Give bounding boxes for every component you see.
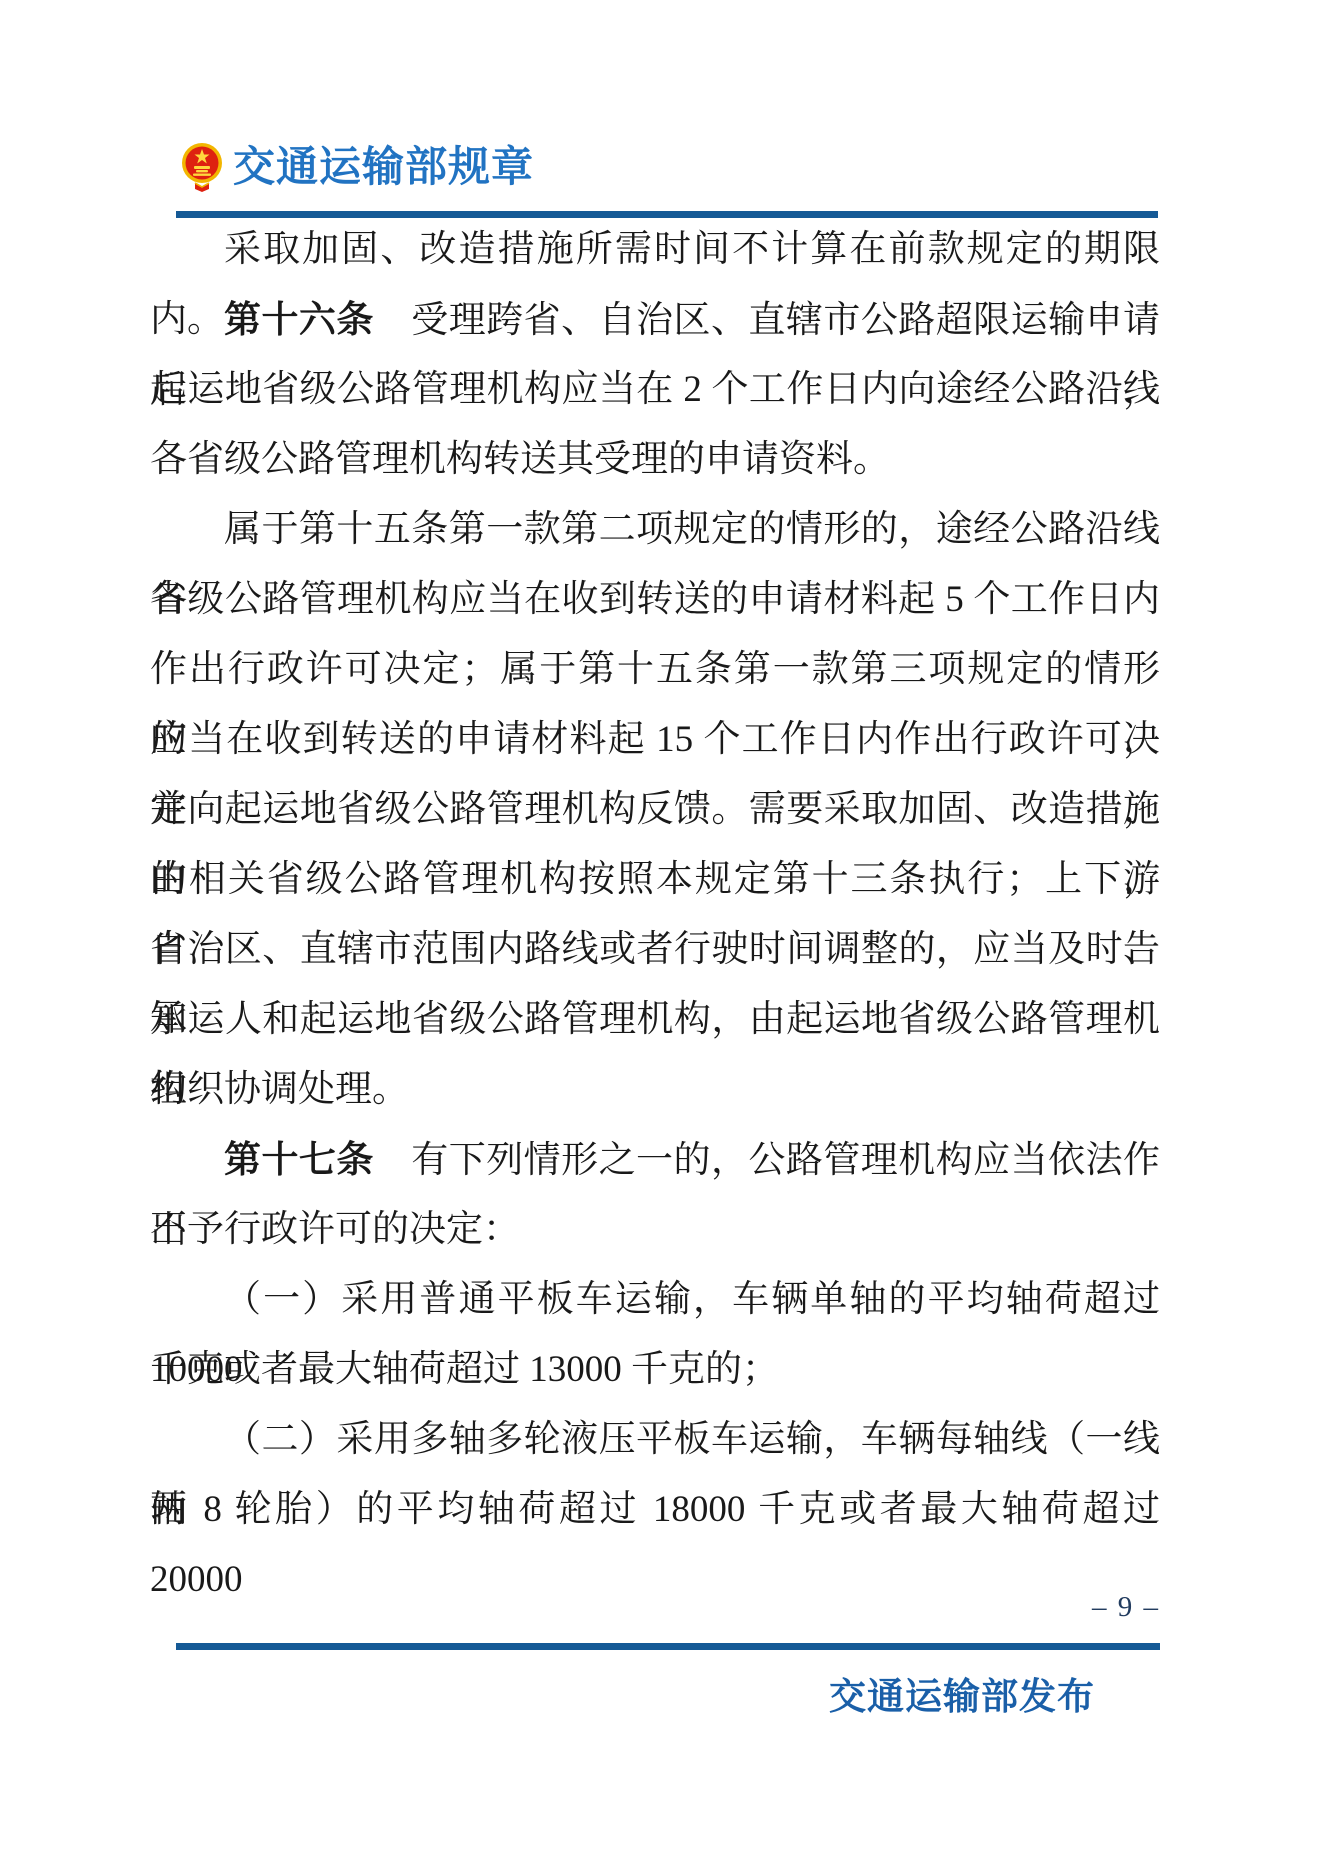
body-text: 采取加固、改造措施所需时间不计算在前款规定的期限内。第十六条 受理跨省、自治区、…	[150, 215, 1160, 1545]
body-line: 省级公路管理机构应当在收到转送的申请材料起 5 个工作日内	[150, 565, 1160, 635]
body-line: （一）采用普通平板车运输，车辆单轴的平均轴荷超过10000	[150, 1265, 1160, 1335]
body-line: 不予行政许可的决定：	[150, 1195, 1160, 1265]
body-line-text: 省级公路管理机构应当在收到转送的申请材料起 5 个工作日内	[150, 579, 1160, 620]
body-line: 起运地省级公路管理机构应当在 2 个工作日内向途经公路沿线	[150, 355, 1160, 425]
body-line: 第十七条 有下列情形之一的，公路管理机构应当依法作出	[150, 1125, 1160, 1195]
body-line: 组织协调处理。	[150, 1055, 1160, 1125]
page-header-title: 交通运输部规章	[233, 143, 534, 193]
article-number: 第十七条	[224, 1139, 374, 1180]
document-page: 交通运输部规章 采取加固、改造措施所需时间不计算在前款规定的期限内。第十六条 受…	[0, 0, 1323, 1871]
body-line: 各省级公路管理机构转送其受理的申请资料。	[150, 425, 1160, 495]
body-line: 承运人和起运地省级公路管理机构，由起运地省级公路管理机构	[150, 985, 1160, 1055]
body-line-text: 起运地省级公路管理机构应当在 2 个工作日内向途经公路沿线	[150, 369, 1160, 410]
body-line: 千克或者最大轴荷超过 13000 千克的；	[150, 1335, 1160, 1405]
body-line-text: 组织协调处理。	[150, 1069, 409, 1110]
body-line: 应当在收到转送的申请材料起 15 个工作日内作出行政许可决定，	[150, 705, 1160, 775]
body-line: 轴 8 轮胎）的平均轴荷超过 18000 千克或者最大轴荷超过 20000	[150, 1475, 1160, 1545]
body-line: 第十六条 受理跨省、自治区、直辖市公路超限运输申请后，	[150, 285, 1160, 355]
body-line-text: 各省级公路管理机构转送其受理的申请资料。	[150, 439, 890, 480]
body-line: 由相关省级公路管理机构按照本规定第十三条执行；上下游省、	[150, 845, 1160, 915]
body-line: 属于第十五条第一款第二项规定的情形的，途经公路沿线各	[150, 495, 1160, 565]
body-line: 自治区、直辖市范围内路线或者行驶时间调整的，应当及时告知	[150, 915, 1160, 985]
body-line-text: 轴 8 轮胎）的平均轴荷超过 18000 千克或者最大轴荷超过 20000	[150, 1489, 1160, 1600]
article-number: 第十六条	[224, 299, 374, 340]
body-line-text: 千克或者最大轴荷超过 13000 千克的；	[150, 1349, 779, 1390]
body-line: 作出行政许可决定；属于第十五条第一款第三项规定的情形的，	[150, 635, 1160, 705]
national-emblem-icon	[181, 140, 223, 192]
footer-rule	[176, 1643, 1160, 1650]
body-line-text: 不予行政许可的决定：	[150, 1209, 520, 1250]
page-number: – 9 –	[1092, 1590, 1160, 1624]
body-line: 采取加固、改造措施所需时间不计算在前款规定的期限内。	[150, 215, 1160, 285]
body-line: 并向起运地省级公路管理机构反馈。需要采取加固、改造措施的，	[150, 775, 1160, 845]
body-line: （二）采用多轴多轮液压平板车运输，车辆每轴线（一线两	[150, 1405, 1160, 1475]
footer-publisher: 交通运输部发布	[829, 1676, 1095, 1720]
